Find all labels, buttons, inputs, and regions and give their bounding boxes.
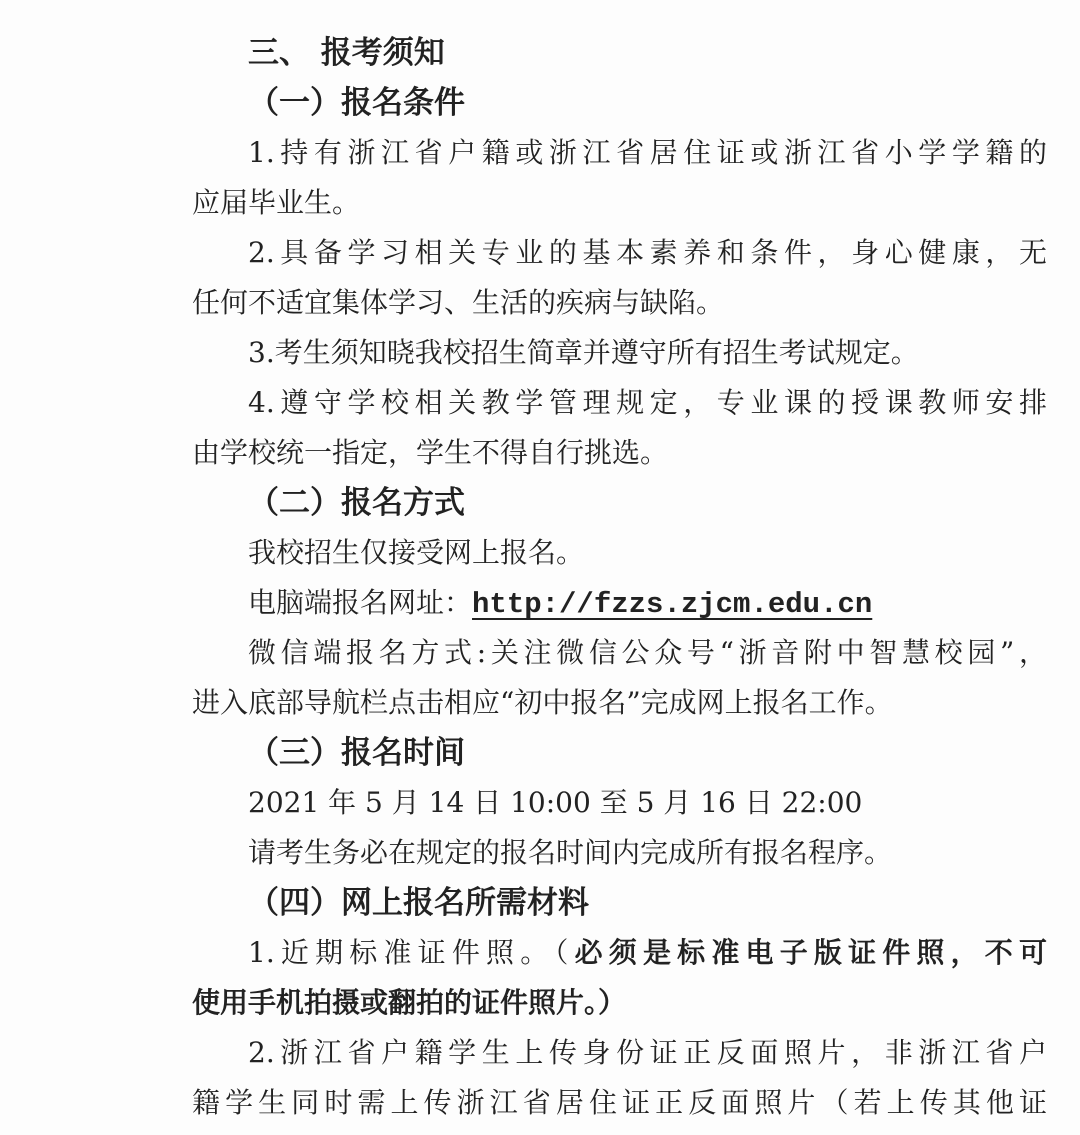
method-intro: 我校招生仅接受网上报名。 xyxy=(192,528,1047,578)
text-segment: 必须是标准电子版证件照，不可 xyxy=(575,936,1047,969)
time-range: 2021 年 5 月 14 日 10:00 至 5 月 16 日 22:00 xyxy=(192,778,1047,828)
text-segment: （二）报名方式 xyxy=(248,485,465,521)
subsection-heading-3: （三）报名时间 xyxy=(192,728,1047,778)
condition-4-line-1: 4.遵守学校相关教学管理规定，专业课的授课教师安排 xyxy=(192,378,1047,428)
subsection-heading-1: （一）报名条件 xyxy=(192,78,1047,128)
condition-1-line-1: 1.持有浙江省户籍或浙江省居住证或浙江省小学学籍的 xyxy=(192,128,1047,178)
text-segment: 应届毕业生。 xyxy=(192,186,360,219)
time-note: 请考生务必在规定的报名时间内完成所有报名程序。 xyxy=(192,828,1047,878)
text-segment: 任何不适宜集体学习、生活的疾病与缺陷。 xyxy=(192,286,724,319)
method-wechat-line-1: 微信端报名方式:关注微信公众号“浙音附中智慧校园”， xyxy=(192,628,1047,678)
condition-2-line-2: 任何不适宜集体学习、生活的疾病与缺陷。 xyxy=(192,278,1047,328)
section-heading: 三、 报考须知 xyxy=(192,28,1047,78)
text-segment: 1.近期标准证件照。（ xyxy=(248,936,575,969)
text-segment: 1.持有浙江省户籍或浙江省居住证或浙江省小学学籍的 xyxy=(248,136,1047,169)
material-1-line-2: 使用手机拍摄或翻拍的证件照片。） xyxy=(192,978,1047,1028)
text-segment: 使用手机拍摄或翻拍的证件照片。） xyxy=(192,986,626,1019)
text-segment: 籍学生同时需上传浙江省居住证正反面照片（若上传其他证 xyxy=(192,1086,1047,1119)
material-2-line-1: 2.浙江省户籍学生上传身份证正反面照片，非浙江省户 xyxy=(192,1028,1047,1078)
text-segment: 3.考生须知晓我校招生简章并遵守所有招生考试规定。 xyxy=(248,336,919,369)
text-segment: 2021 年 5 月 14 日 10:00 至 5 月 16 日 22:00 xyxy=(248,786,862,819)
text-segment: （四）网上报名所需材料 xyxy=(248,885,589,921)
subsection-heading-4: （四）网上报名所需材料 xyxy=(192,878,1047,928)
text-segment: （一）报名条件 xyxy=(248,85,465,121)
text-segment: 电脑端报名网址： xyxy=(248,586,472,619)
text-segment: 我校招生仅接受网上报名。 xyxy=(248,536,584,569)
text-segment: 2.具备学习相关专业的基本素养和条件，身心健康，无 xyxy=(248,236,1047,269)
method-wechat-line-2: 进入底部导航栏点击相应“初中报名”完成网上报名工作。 xyxy=(192,678,1047,728)
registration-url-link[interactable]: http://fzzs.zjcm.edu.cn xyxy=(472,588,872,621)
subsection-heading-2: （二）报名方式 xyxy=(192,478,1047,528)
text-segment: 由学校统一指定，学生不得自行挑选。 xyxy=(192,436,668,469)
condition-3: 3.考生须知晓我校招生简章并遵守所有招生考试规定。 xyxy=(192,328,1047,378)
condition-2-line-1: 2.具备学习相关专业的基本素养和条件，身心健康，无 xyxy=(192,228,1047,278)
text-segment: 微信端报名方式:关注微信公众号“浙音附中智慧校园”， xyxy=(248,636,1047,669)
document-page: 三、 报考须知（一）报名条件1.持有浙江省户籍或浙江省居住证或浙江省小学学籍的应… xyxy=(0,0,1080,1135)
material-2-line-2: 籍学生同时需上传浙江省居住证正反面照片（若上传其他证 xyxy=(192,1078,1047,1128)
document-body: 三、 报考须知（一）报名条件1.持有浙江省户籍或浙江省居住证或浙江省小学学籍的应… xyxy=(0,0,1080,1128)
text-segment: 4.遵守学校相关教学管理规定，专业课的授课教师安排 xyxy=(248,386,1047,419)
text-segment: （三）报名时间 xyxy=(248,735,465,771)
method-pc-url: 电脑端报名网址：http://fzzs.zjcm.edu.cn xyxy=(192,578,1047,628)
text-segment: 请考生务必在规定的报名时间内完成所有报名程序。 xyxy=(248,836,892,869)
condition-4-line-2: 由学校统一指定，学生不得自行挑选。 xyxy=(192,428,1047,478)
material-1-line-1: 1.近期标准证件照。（必须是标准电子版证件照，不可 xyxy=(192,928,1047,978)
text-segment: 2.浙江省户籍学生上传身份证正反面照片，非浙江省户 xyxy=(248,1036,1047,1069)
text-segment: 三、 报考须知 xyxy=(248,35,445,71)
text-segment: 进入底部导航栏点击相应“初中报名”完成网上报名工作。 xyxy=(192,686,893,719)
condition-1-line-2: 应届毕业生。 xyxy=(192,178,1047,228)
